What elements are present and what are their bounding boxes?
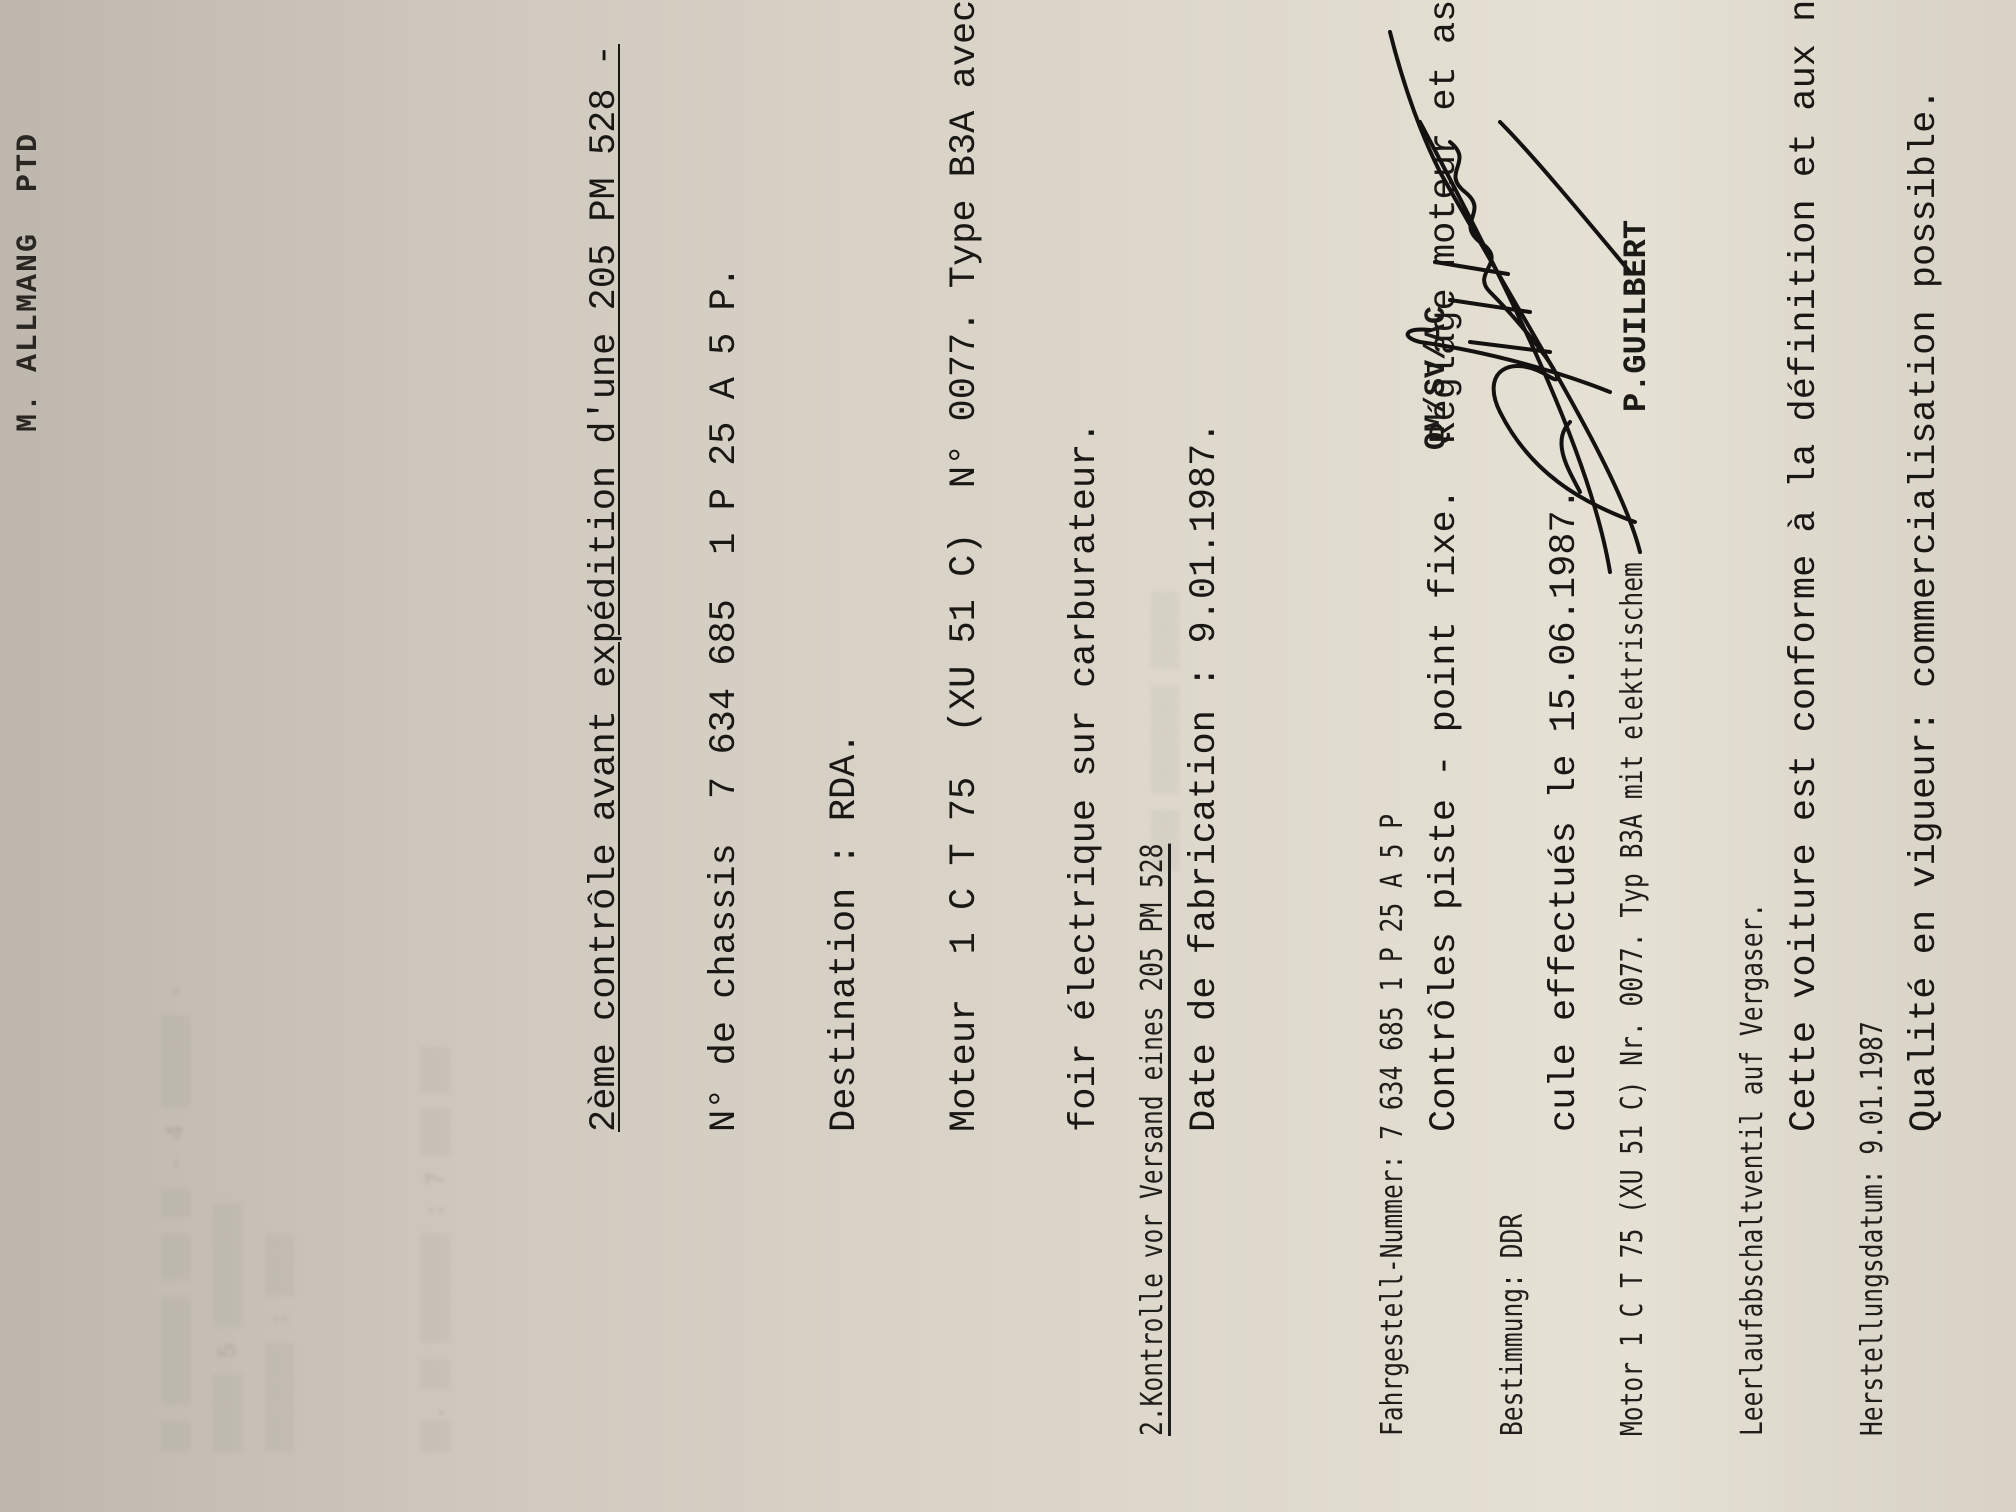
french-engine-line: Moteur 1 C T 75 (XU 51 C) N° 0077. Type … (945, 0, 985, 1132)
german-section: 2.Kontrolle vor Versand eines 205 PM 528… (1053, 547, 2016, 1436)
french-title: 2ème contrôle avant expédition d'une 205… (585, 0, 625, 1132)
bleed-through-text: ▒▒ ▒▒▒▒▒▒▒ ▒▒▒ ▒▒ - 4 ▒▒▒▒▒▒ - ▒▒▒▒▒ 5 ▒… (150, 984, 462, 1452)
german-engine-line-2: Leerlaufabschaltventil auf Vergaser. (1733, 547, 1773, 1436)
german-chassis-line: Fahrgestell-Nummer: 7 634 685 1 P 25 A 5… (1373, 547, 1413, 1436)
german-destination-line: Bestimmung: DDR (1493, 547, 1533, 1436)
german-date-line: Herstellungsdatum: 9.01.1987 (1853, 547, 1893, 1436)
german-title: 2.Kontrolle vor Versand eines 205 PM 528 (1133, 547, 1173, 1436)
header-reference: M. ALLMANG PTD (12, 132, 46, 432)
french-destination-line: Destination : RDA. (825, 0, 865, 1132)
german-engine-line: Motor 1 C T 75 (XU 51 C) Nr. 0077. Typ B… (1613, 547, 1653, 1436)
french-chassis-line: N° de chassis 7 634 685 1 P 25 A 5 P. (705, 0, 745, 1132)
signer-name: P.GUILBERT (1618, 220, 1655, 412)
document-sheet: ▒▒ ▒▒▒▒▒▒▒ ▒▒▒ ▒▒ - 4 ▒▒▒▒▒▒ - ▒▒▒▒▒ 5 ▒… (0, 0, 2016, 1512)
